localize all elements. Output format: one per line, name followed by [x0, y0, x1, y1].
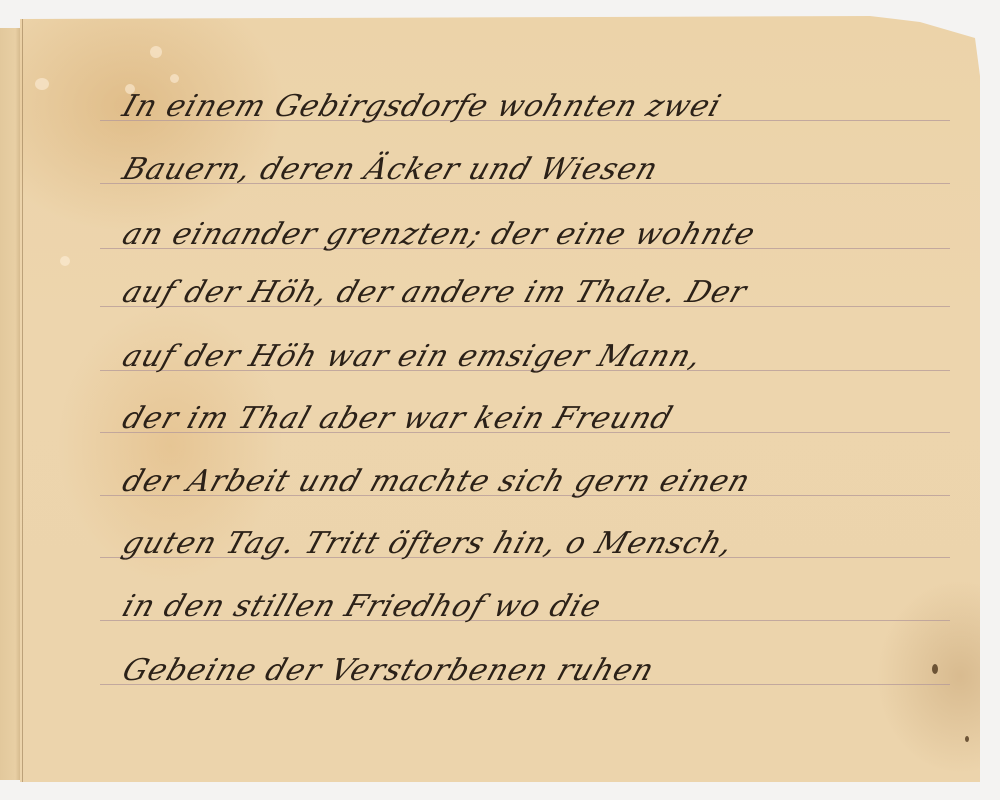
handwritten-line: in den stillen Friedhof wo die — [118, 566, 997, 624]
line-text: auf der Höh war ein emsiger Mann, — [118, 339, 707, 374]
line-text: Gebeine der Verstorbenen ruhen — [118, 653, 659, 688]
line-text: auf der Höh, der andere im Thale. Der — [118, 275, 752, 310]
water-spot — [60, 256, 70, 266]
page-crease — [22, 16, 23, 782]
line-text: der Arbeit und machte sich gern einen — [118, 464, 755, 499]
handwritten-line: guten Tag. Tritt öfters hin, o Mensch, — [118, 503, 997, 561]
ink-stain — [965, 736, 969, 742]
line-text: In einem Gebirgsdorfe wohnten zwei — [118, 89, 726, 124]
handwritten-line: Gebeine der Verstorbenen ruhen — [118, 630, 997, 688]
left-page-edge — [0, 28, 23, 780]
handwritten-line: auf der Höh war ein emsiger Mann, — [118, 316, 997, 374]
line-text: der im Thal aber war kein Freund — [118, 401, 677, 436]
handwritten-line: In einem Gebirgsdorfe wohnten zwei — [118, 66, 997, 124]
water-spot — [150, 46, 162, 58]
water-spot — [35, 78, 49, 90]
line-text: in den stillen Friedhof wo die — [118, 589, 606, 624]
handwritten-line: Bauern, deren Äcker und Wiesen — [118, 129, 997, 187]
handwritten-line: an einander grenzten; der eine wohnte — [118, 194, 997, 252]
line-text: an einander grenzten; der eine wohnte — [118, 217, 760, 252]
line-text: guten Tag. Tritt öfters hin, o Mensch, — [118, 526, 738, 561]
handwritten-line: der Arbeit und machte sich gern einen — [118, 441, 997, 499]
line-text: Bauern, deren Äcker und Wiesen — [118, 152, 663, 187]
handwritten-line: auf der Höh, der andere im Thale. Der — [118, 252, 997, 310]
handwritten-line: der im Thal aber war kein Freund — [118, 378, 997, 436]
handwritten-page: In einem Gebirgsdorfe wohnten zwei Bauer… — [20, 16, 980, 782]
